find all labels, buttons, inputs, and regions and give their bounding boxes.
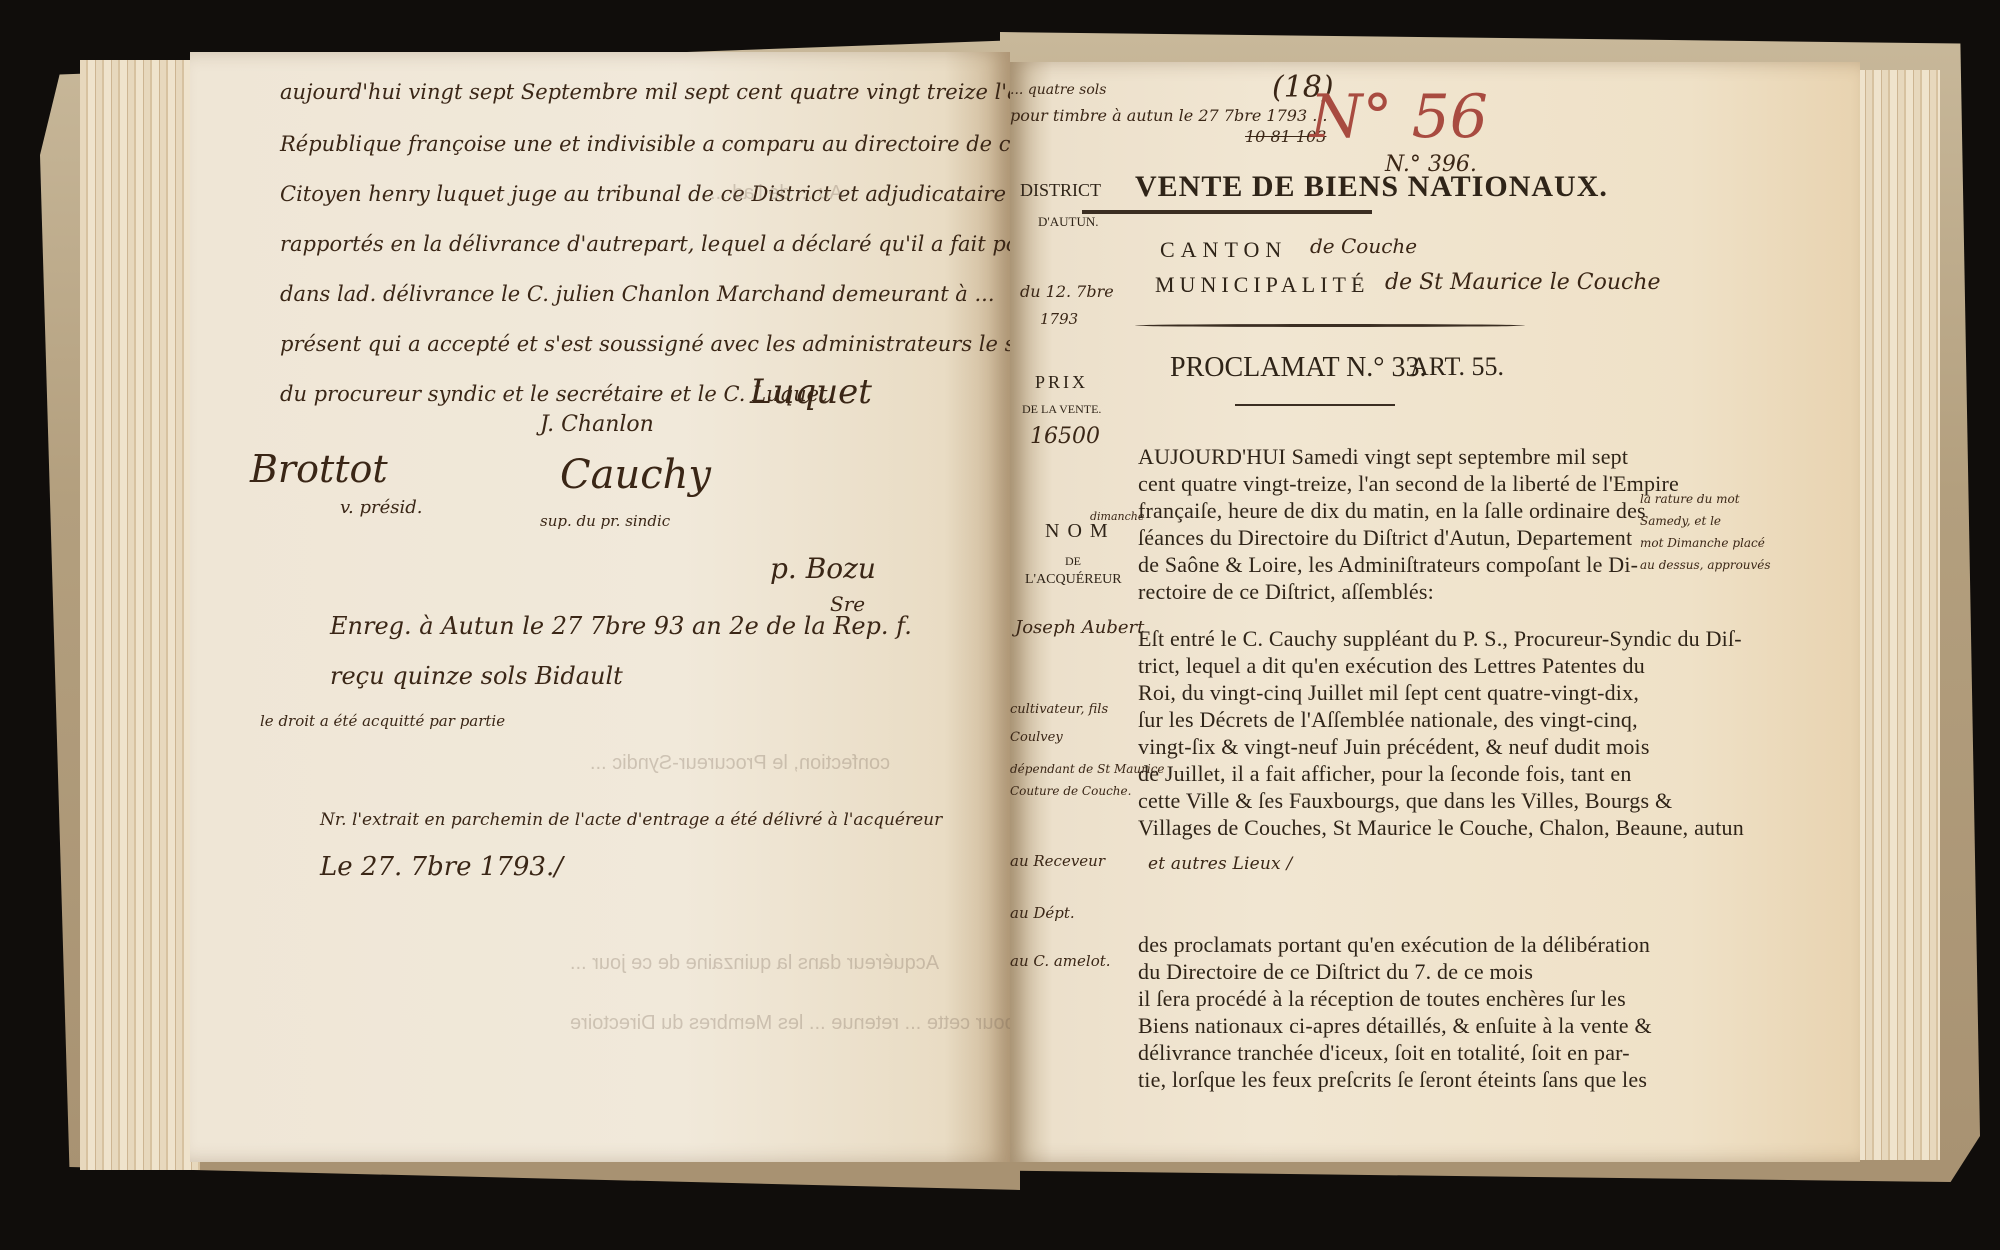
municipalite-label: MUNICIPALITÉ bbox=[1155, 272, 1369, 298]
hand-line: République françoise une et indivisible … bbox=[280, 132, 1132, 156]
red-stamp-number: N° 56 bbox=[1310, 82, 1488, 152]
body-line: du Directoire de ce Diſtrict du 7. de ce… bbox=[1138, 959, 1533, 985]
body-line: tie, lorſque les feux preſcrits ſe ſeron… bbox=[1138, 1067, 1647, 1093]
dispatch-note: au C. amelot. bbox=[1010, 952, 1111, 970]
margin-note-line: mot Dimanche placé bbox=[1640, 536, 1765, 550]
body-line: délivrance tranchée d'iceux, ſoit en tot… bbox=[1138, 1040, 1630, 1066]
body-line: rectoire de ce Diſtrict, aſſemblés: bbox=[1138, 579, 1434, 605]
extract-date: Le 27. 7bre 1793./ bbox=[320, 852, 563, 882]
nom-de: DE bbox=[1065, 554, 1081, 569]
title-rule bbox=[1082, 210, 1372, 214]
dimanche-note: dimanche bbox=[1090, 510, 1144, 523]
prix-value: 16500 bbox=[1030, 424, 1100, 449]
body-line: Eſt entré le C. Cauchy suppléant du P. S… bbox=[1138, 626, 1742, 652]
district-sub: D'AUTUN. bbox=[1038, 214, 1098, 230]
registration-line: Enreg. à Autun le 27 7bre 93 an 2e de la… bbox=[330, 612, 912, 640]
margin-note-line: au dessus, approuvés bbox=[1640, 558, 1771, 572]
body-line: AUJOURD'HUI Samedi vingt sept septembre … bbox=[1138, 444, 1628, 470]
proclamat-number: PROCLAMAT N.° 33. bbox=[1170, 352, 1427, 384]
body-line: vingt-ſix & vingt-neuf Juin précédent, &… bbox=[1138, 734, 1650, 760]
body-line: des proclamats portant qu'en exécution d… bbox=[1138, 932, 1650, 958]
hand-line: rapportés en la délivrance d'autrepart, … bbox=[280, 232, 1116, 256]
year-note: 1793 bbox=[1040, 310, 1078, 328]
top-note: ... quatre sols bbox=[1010, 82, 1106, 98]
page-stack-right bbox=[1850, 70, 1940, 1160]
acquereur-detail: Couture de Couche. bbox=[1010, 784, 1131, 798]
registration-line: reçu quinze sols Bidault bbox=[330, 662, 623, 690]
body-line: cent quatre vingt-treize, l'an second de… bbox=[1138, 471, 1679, 497]
body-line: ſéances du Directoire du Diſtrict d'Autu… bbox=[1138, 525, 1632, 551]
top-note: pour timbre à autun le 27 7bre 1793 ... bbox=[1010, 106, 1327, 125]
canton-label: CANTON bbox=[1160, 237, 1287, 263]
signature: Brottot bbox=[250, 447, 388, 491]
nom-label: NOM bbox=[1045, 520, 1116, 543]
body-line: cette Ville & ſes Fauxbourgs, que dans l… bbox=[1138, 788, 1672, 814]
right-page: ... quatre sols pour timbre à autun le 2… bbox=[1010, 62, 1860, 1162]
proclamat-rule bbox=[1235, 404, 1395, 406]
left-page: aujourd'hui vingt sept Septembre mil sep… bbox=[190, 52, 1010, 1162]
hand-line: du procureur syndic et le secrétaire et … bbox=[280, 382, 827, 406]
body-line: françaiſe, heure de dix du matin, en la … bbox=[1138, 498, 1646, 524]
nom-sub: L'ACQUÉREUR bbox=[1025, 572, 1122, 588]
body-line: trict, lequel a dit qu'en exécution des … bbox=[1138, 653, 1645, 679]
signature: Luquet bbox=[750, 372, 872, 412]
municipalite-value: de St Maurice le Couche bbox=[1385, 270, 1661, 295]
signature: p. Bozu bbox=[770, 552, 876, 585]
hand-line: Citoyen henry luquet juge au tribunal de… bbox=[280, 182, 1114, 206]
date-note: du 12. 7bre bbox=[1020, 282, 1114, 301]
article-number: ART. 55. bbox=[1410, 352, 1504, 382]
acquereur-detail: Coulvey bbox=[1010, 730, 1063, 745]
prix-label: PRIX bbox=[1035, 372, 1088, 393]
canton-value: de Couche bbox=[1310, 234, 1417, 258]
dispatch-note: au Dépt. bbox=[1010, 904, 1075, 922]
ornament-brace bbox=[1135, 324, 1525, 327]
body-line: de Juillet, il a fait afficher, pour la … bbox=[1138, 761, 1632, 787]
margin-note-line: Samedy, et le bbox=[1640, 514, 1721, 528]
acquereur-detail: cultivateur, fils bbox=[1010, 702, 1108, 717]
body-line: il ſera procédé à la réception de toutes… bbox=[1138, 986, 1626, 1012]
dispatch-note: au Receveur bbox=[1010, 852, 1105, 870]
hand-line: présent qui a accepté et s'est soussigné… bbox=[280, 332, 1109, 356]
signature: J. Chanlon bbox=[540, 412, 654, 437]
signature: Cauchy bbox=[560, 452, 711, 498]
prix-sub: DE LA VENTE. bbox=[1022, 402, 1101, 417]
margin-note-line: la rature du mot bbox=[1640, 492, 1740, 506]
district-label: DISTRICT bbox=[1020, 180, 1101, 201]
acquereur-name: Joseph Aubert bbox=[1015, 617, 1144, 638]
document-title: VENTE DE BIENS NATIONAUX. bbox=[1135, 170, 1608, 204]
extract-line: Nr. l'extrait en parchemin de l'acte d'e… bbox=[320, 810, 942, 830]
body-line-handwritten: et autres Lieux / bbox=[1148, 854, 1292, 874]
body-line: de Saône & Loire, les Adminiſtrateurs co… bbox=[1138, 552, 1638, 578]
hand-line: dans lad. délivrance le C. julien Chanlo… bbox=[280, 282, 995, 306]
signature-title: v. présid. bbox=[340, 497, 423, 518]
page-stack-left bbox=[80, 60, 200, 1170]
registration-line: le droit a été acquitté par partie bbox=[260, 712, 505, 730]
body-line: Roi, du vingt-cinq Juillet mil ſept cent… bbox=[1138, 680, 1639, 706]
body-line: Villages de Couches, St Maurice le Couch… bbox=[1138, 815, 1744, 841]
signature-title: sup. du pr. sindic bbox=[540, 512, 670, 530]
body-line: ſur les Décrets de l'Aſſemblée nationale… bbox=[1138, 707, 1638, 733]
body-line: Biens nationaux ci-apres détaillés, & en… bbox=[1138, 1013, 1652, 1039]
